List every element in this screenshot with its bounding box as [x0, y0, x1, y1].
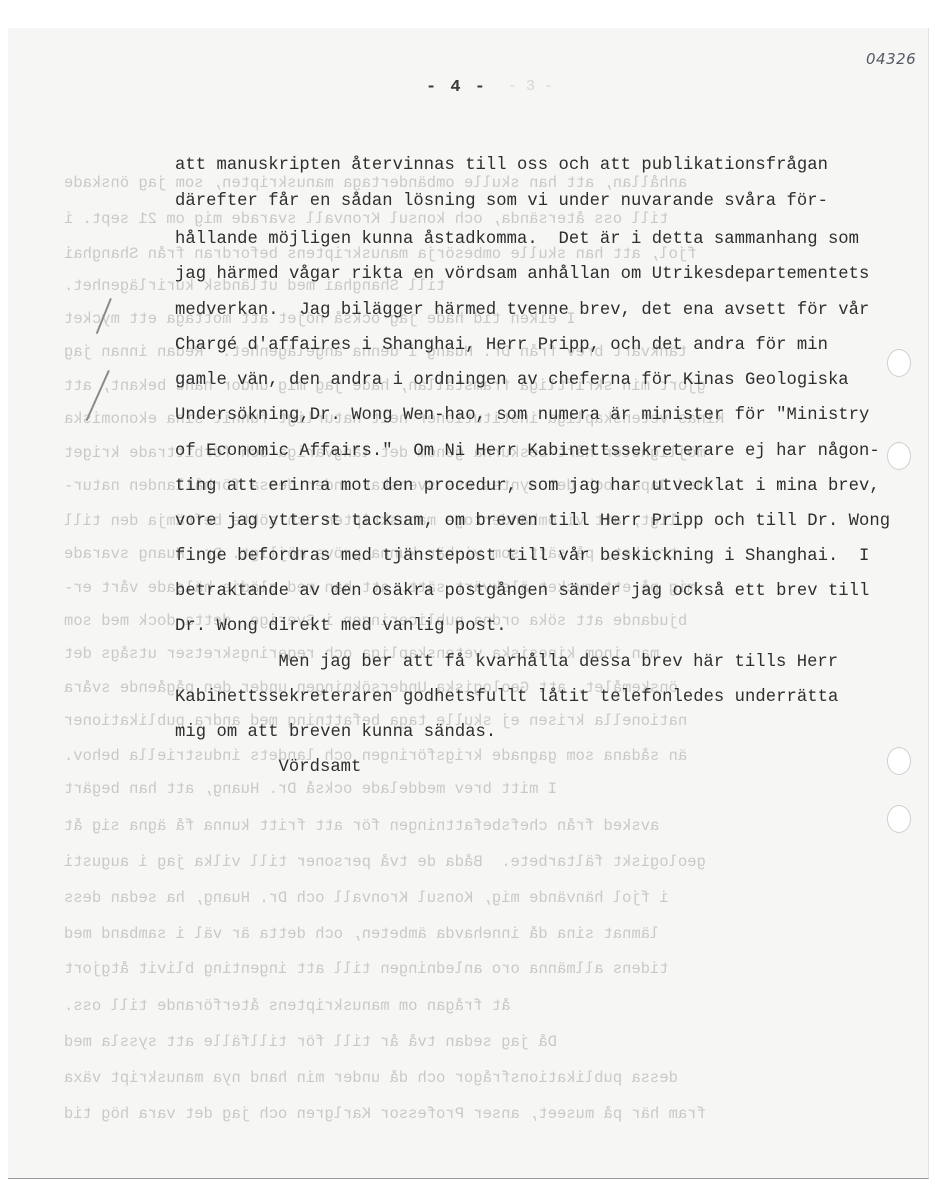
archive-number: 04326 [866, 50, 916, 68]
punch-hole [887, 442, 911, 470]
document-page: 04326 - 4 - - 3 - anhållan, att han skul… [8, 28, 929, 1179]
punch-hole [887, 805, 911, 833]
punch-hole [887, 349, 911, 377]
ghost-page-number: - 3 - [508, 78, 553, 95]
punch-hole [887, 747, 911, 775]
page-number: - 4 - [426, 78, 487, 97]
